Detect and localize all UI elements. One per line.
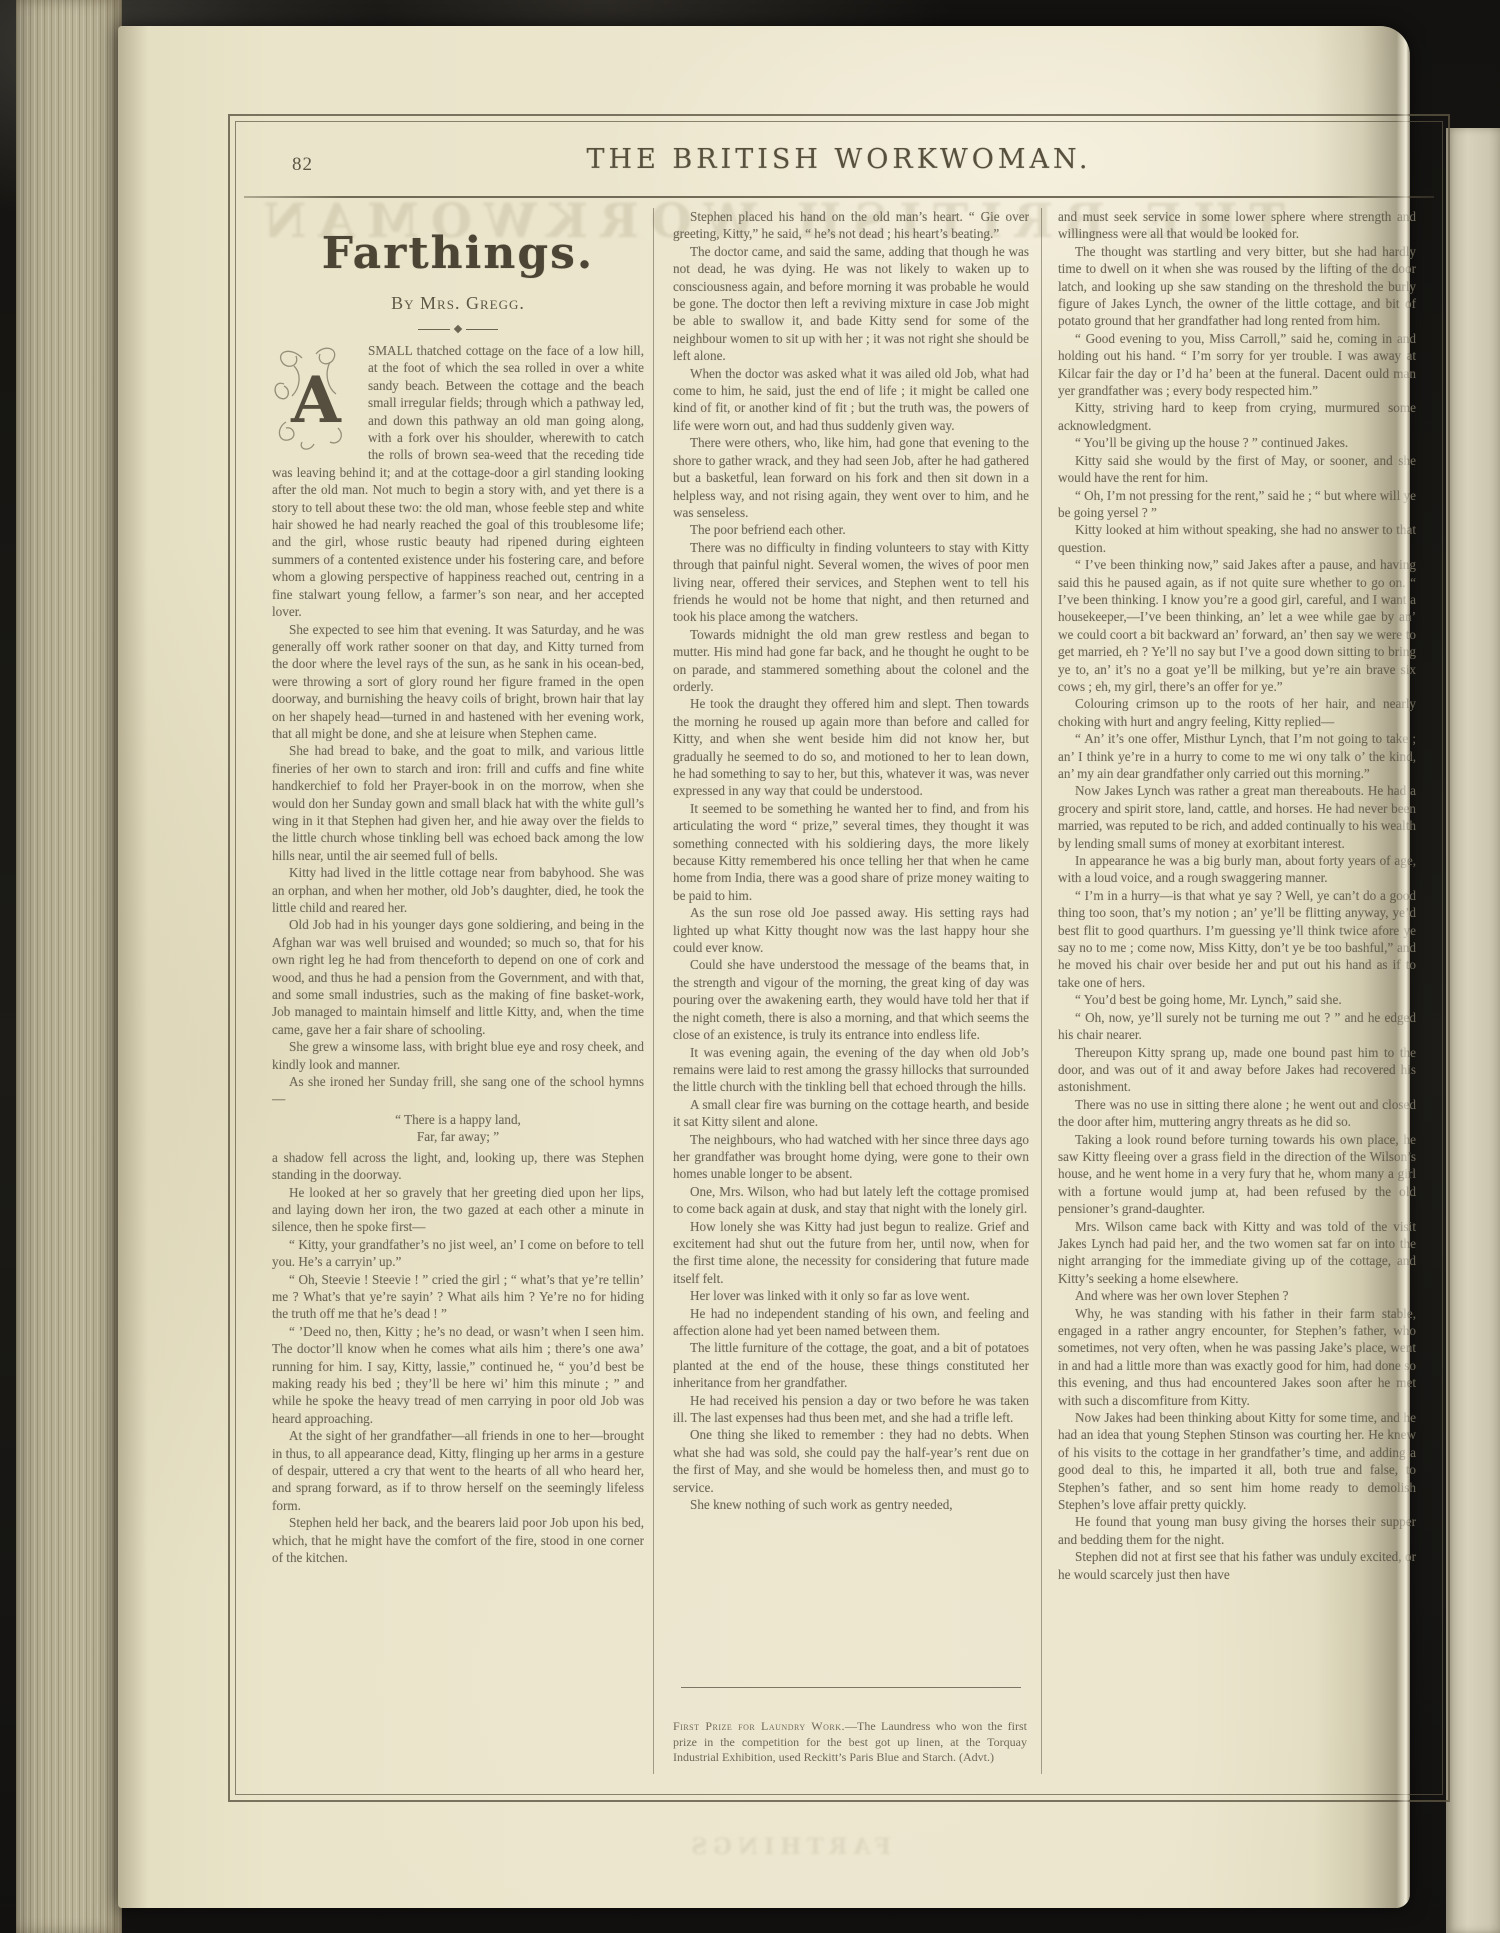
column-divider-2	[1041, 208, 1042, 1774]
story-paragraph: She expected to see him that evening. It…	[272, 621, 644, 743]
story-paragraph: “ You’d best be going home, Mr. Lynch,” …	[1058, 991, 1416, 1008]
hymn-verse-line: “ There is a happy land,	[272, 1111, 644, 1128]
story-paragraph: a shadow fell across the light, and, loo…	[272, 1149, 644, 1184]
story-paragraph: “ Good evening to you, Miss Carroll,” sa…	[1058, 330, 1416, 400]
story-paragraph: At the sight of her grandfather—all frie…	[272, 1427, 644, 1514]
hymn-verse: “ There is a happy land,Far, far away; ”	[272, 1111, 644, 1146]
story-paragraph: Kitty looked at him without speaking, sh…	[1058, 521, 1416, 556]
story-paragraph: He had no independent standing of his ow…	[673, 1305, 1029, 1340]
page-header: 82 THE BRITISH WORKWOMAN.	[236, 144, 1442, 190]
story-paragraph: “ ’Deed no, then, Kitty ; he’s no dead, …	[272, 1323, 644, 1427]
column-divider-1	[653, 208, 654, 1774]
story-paragraph: And where was her own lover Stephen ?	[1058, 1287, 1416, 1304]
story-paragraph: Now Jakes had been thinking about Kitty …	[1058, 1409, 1416, 1513]
dropcap-letter: A	[290, 363, 342, 438]
dropcap-flourish-icon: A	[272, 344, 360, 450]
story-paragraph: There was no use in sitting there alone …	[1058, 1096, 1416, 1131]
story-paragraph: He found that young man busy giving the …	[1058, 1513, 1416, 1548]
story-paragraph: The doctor came, and said the same, addi…	[673, 243, 1029, 365]
story-paragraph: “ I’ve been thinking now,” said Jakes af…	[1058, 556, 1416, 695]
column-1: Farthings. By Mrs. Gregg.	[272, 208, 644, 1774]
story-paragraph: A small clear fire was burning on the co…	[673, 1096, 1029, 1131]
story-column-1-text: A SMALL thatched cottage on the face of …	[272, 342, 644, 1742]
book-page-stack-edge	[16, 0, 122, 1933]
story-paragraph: The little furniture of the cottage, the…	[673, 1339, 1029, 1391]
header-rule	[244, 196, 1434, 198]
story-paragraph: Kitty had lived in the little cottage ne…	[272, 864, 644, 916]
story-paragraph: She grew a winsome lass, with bright blu…	[272, 1038, 644, 1073]
column-area: Farthings. By Mrs. Gregg.	[236, 208, 1442, 1774]
story-paragraph: Taking a look round before turning towar…	[1058, 1131, 1416, 1218]
page-border-inner-rule: 82 THE BRITISH WORKWOMAN. Farthings. By …	[235, 121, 1443, 1795]
story-paragraph: “ Oh, now, ye’ll surely not be turning m…	[1058, 1009, 1416, 1044]
story-paragraph: Stephen held her back, and the bearers l…	[272, 1514, 644, 1566]
story-paragraph: “ Oh, Steevie ! Steevie ! ” cried the gi…	[272, 1271, 644, 1323]
dropcap-initial: A	[272, 344, 360, 450]
ornament-rule-right	[466, 329, 498, 330]
footnote-rule	[681, 1687, 1021, 1688]
scanned-book-photo: THE BRITISH WORKWOMAN FARTHINGS 82 THE B…	[0, 0, 1500, 1933]
story-paragraph: She knew nothing of such work as gentry …	[673, 1496, 1029, 1513]
story-paragraph: Her lover was linked with it only so far…	[673, 1287, 1029, 1304]
story-paragraph: One thing she liked to remember : they h…	[673, 1426, 1029, 1496]
footnote-lead: First Prize for Laundry Work.	[673, 1719, 845, 1733]
story-paragraph: Kitty said she would by the first of May…	[1058, 452, 1416, 487]
story-paragraph: Now Jakes Lynch was rather a great man t…	[1058, 782, 1416, 852]
story-paragraph: When the doctor was asked what it was ai…	[673, 365, 1029, 435]
story-paragraph: “ Kitty, your grandfather’s no jist weel…	[272, 1236, 644, 1271]
story-paragraph: As the sun rose old Joe passed away. His…	[673, 904, 1029, 956]
column-3: and must seek service in some lower sphe…	[1058, 208, 1416, 1774]
advert-footnote: First Prize for Laundry Work.—The Laundr…	[673, 1719, 1027, 1766]
story-byline: By Mrs. Gregg.	[272, 293, 644, 314]
story-paragraph: Kitty, striving hard to keep from crying…	[1058, 399, 1416, 434]
story-paragraph: She had bread to bake, and the goat to m…	[272, 742, 644, 864]
story-column-3-text: and must seek service in some lower sphe…	[1058, 208, 1416, 1780]
story-paragraph: Thereupon Kitty sprang up, made one boun…	[1058, 1044, 1416, 1096]
story-paragraph: “ You’ll be giving up the house ? ” cont…	[1058, 434, 1416, 451]
story-paragraph: How lonely she was Kitty had just begun …	[673, 1218, 1029, 1288]
book-page: THE BRITISH WORKWOMAN FARTHINGS 82 THE B…	[118, 26, 1410, 1908]
page-number: 82	[292, 154, 313, 176]
story-paragraph: He had received his pension a day or two…	[673, 1392, 1029, 1427]
column-2: Stephen placed his hand on the old man’s…	[673, 208, 1029, 1774]
story-paragraph: It seemed to be something he wanted her …	[673, 800, 1029, 904]
story-paragraph: “ An’ it’s one offer, Misthur Lynch, tha…	[1058, 730, 1416, 782]
story-paragraph: There was no difficulty in finding volun…	[673, 539, 1029, 626]
showthrough-footer: FARTHINGS	[438, 1834, 1138, 1860]
story-title: Farthings.	[272, 228, 644, 279]
story-paragraph: It was evening again, the evening of the…	[673, 1044, 1029, 1096]
story-paragraph: He took the draught they offered him and…	[673, 695, 1029, 799]
story-paragraph: One, Mrs. Wilson, who had but lately lef…	[673, 1183, 1029, 1218]
page-border-frame: 82 THE BRITISH WORKWOMAN. Farthings. By …	[228, 114, 1450, 1802]
story-paragraph: “ Oh, I’m not pressing for the rent,” sa…	[1058, 487, 1416, 522]
ornament-diamond	[454, 325, 462, 333]
story-paragraph: In appearance he was a big burly man, ab…	[1058, 852, 1416, 887]
story-paragraph: The thought was startling and very bitte…	[1058, 243, 1416, 330]
story-paragraph: and must seek service in some lower sphe…	[1058, 208, 1416, 243]
hymn-verse-line: Far, far away; ”	[272, 1128, 644, 1145]
story-paragraph: Mrs. Wilson came back with Kitty and was…	[1058, 1218, 1416, 1288]
masthead-title: THE BRITISH WORKWOMAN.	[236, 144, 1442, 175]
story-paragraph: He looked at her so gravely that her gre…	[272, 1184, 644, 1236]
ornament-rule-left	[418, 329, 450, 330]
story-paragraph: Old Job had in his younger days gone sol…	[272, 916, 644, 1038]
story-column-2-text: Stephen placed his hand on the old man’s…	[673, 208, 1029, 1690]
story-paragraph: Towards midnight the old man grew restle…	[673, 626, 1029, 696]
book-fore-edge	[1446, 128, 1500, 1933]
story-paragraph: Stephen placed his hand on the old man’s…	[673, 208, 1029, 243]
story-paragraph: The neighbours, who had watched with her…	[673, 1131, 1029, 1183]
story-paragraph: Colouring crimson up to the roots of her…	[1058, 695, 1416, 730]
story-paragraph: There were others, who, like him, had go…	[673, 434, 1029, 521]
story-paragraph: The poor befriend each other.	[673, 521, 1029, 538]
story-paragraph: “ I’m in a hurry—is that what ye say ? W…	[1058, 887, 1416, 991]
story-paragraph: Stephen did not at first see that his fa…	[1058, 1548, 1416, 1583]
story-paragraph: Why, he was standing with his father in …	[1058, 1305, 1416, 1409]
divider-ornament	[403, 326, 513, 332]
story-paragraph: As she ironed her Sunday frill, she sang…	[272, 1073, 644, 1108]
story-paragraph: Could she have understood the message of…	[673, 956, 1029, 1043]
